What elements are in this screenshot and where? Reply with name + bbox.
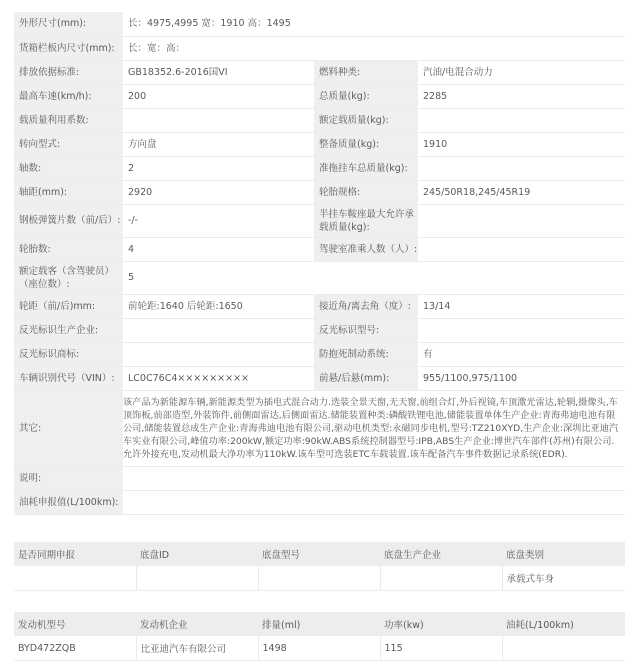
spec-value: 200 bbox=[123, 84, 314, 108]
spec-label: 最高车速(km/h): bbox=[14, 84, 123, 108]
spec-value: GB18352.6-2016国VI bbox=[123, 60, 314, 84]
table-row: 承载式车身 bbox=[14, 566, 625, 591]
spec-label: 防抱死制动系统: bbox=[314, 342, 418, 366]
table-cell: 1498 bbox=[258, 636, 380, 661]
spec-label: 油耗申报值(L/100km): bbox=[14, 490, 123, 514]
spec-label: 轴数: bbox=[14, 156, 123, 180]
spec-value bbox=[418, 204, 625, 237]
spec-label: 总质量(kg): bbox=[314, 84, 418, 108]
spec-row: 轮距（前/后)mm: 前轮距:1640 后轮距:1650 接近角/离去角（度）:… bbox=[14, 294, 625, 318]
table-cell bbox=[502, 636, 625, 661]
vehicle-spec-table: 外形尺寸(mm): 长：4975,4995 宽：1910 高：1495 货箱栏板… bbox=[14, 12, 625, 515]
spec-value bbox=[123, 108, 314, 132]
spec-label: 反光标识型号: bbox=[314, 318, 418, 342]
spec-value: -/- bbox=[123, 204, 314, 237]
table-cell: 承载式车身 bbox=[502, 566, 625, 591]
spec-value: 13/14 bbox=[418, 294, 625, 318]
spec-value bbox=[418, 318, 625, 342]
spec-value: LC0C76C4××××××××× bbox=[123, 366, 314, 390]
spec-row: 反光标识商标: 防抱死制动系统: 有 bbox=[14, 342, 625, 366]
spec-row: 车辆识别代号（VIN）: LC0C76C4××××××××× 前悬/后悬(mm)… bbox=[14, 366, 625, 390]
spec-value: 2 bbox=[123, 156, 314, 180]
table-cell bbox=[380, 566, 502, 591]
spec-row-other: 其它: 该产品为新能源车辆,新能源类型为插电式混合动力.选装全景天窗,无天窗,前… bbox=[14, 390, 625, 466]
spec-value bbox=[123, 490, 625, 514]
spec-label: 排放依据标准: bbox=[14, 60, 123, 84]
spec-value bbox=[418, 237, 625, 261]
table-cell bbox=[136, 566, 258, 591]
spec-label: 转向型式: bbox=[14, 132, 123, 156]
column-header: 发动机企业 bbox=[136, 612, 258, 636]
spec-row: 转向型式: 方向盘 整备质量(kg): 1910 bbox=[14, 132, 625, 156]
spec-label: 轮距（前/后)mm: bbox=[14, 294, 123, 318]
spec-value bbox=[123, 466, 625, 490]
spec-label: 驾驶室准乘人数（人）: bbox=[314, 237, 418, 261]
spec-row: 反光标识生产企业: 反光标识型号: bbox=[14, 318, 625, 342]
spec-row-notes: 说明: bbox=[14, 466, 625, 490]
spec-row-dimensions: 外形尺寸(mm): 长：4975,4995 宽：1910 高：1495 bbox=[14, 12, 625, 36]
spec-row: 轴距(mm): 2920 轮胎规格: 245/50R18,245/45R19 bbox=[14, 180, 625, 204]
table-cell: BYD472ZQB bbox=[14, 636, 136, 661]
table-row: BYD472ZQB 比亚迪汽车有限公司 1498 115 bbox=[14, 636, 625, 661]
spec-value: 5 bbox=[123, 261, 625, 294]
spec-label: 轮胎规格: bbox=[314, 180, 418, 204]
spec-value bbox=[418, 108, 625, 132]
spec-label: 额定载客（含驾驶员）（座位数）: bbox=[14, 261, 123, 294]
column-header: 底盘生产企业 bbox=[380, 542, 502, 566]
spec-value: 245/50R18,245/45R19 bbox=[418, 180, 625, 204]
spec-label: 前悬/后悬(mm): bbox=[314, 366, 418, 390]
spec-value: 2285 bbox=[418, 84, 625, 108]
spec-label: 额定载质量(kg): bbox=[314, 108, 418, 132]
chassis-table: 是否同期申报 底盘ID 底盘型号 底盘生产企业 底盘类别 承载式车身 bbox=[14, 542, 625, 591]
spec-label: 准拖挂车总质量(kg): bbox=[314, 156, 418, 180]
spec-row-rated-passengers: 额定载客（含驾驶员）（座位数）: 5 bbox=[14, 261, 625, 294]
spec-label: 车辆识别代号（VIN）: bbox=[14, 366, 123, 390]
spec-label: 钢板弹簧片数（前/后）: bbox=[14, 204, 123, 237]
spec-row-cargo-box: 货箱栏板内尺寸(mm): 长：宽：高： bbox=[14, 36, 625, 60]
spec-value: 长：宽：高： bbox=[123, 36, 625, 60]
spec-value: 1910 bbox=[418, 132, 625, 156]
spec-label: 反光标识生产企业: bbox=[14, 318, 123, 342]
spec-value: 2920 bbox=[123, 180, 314, 204]
spec-value: 955/1100,975/1100 bbox=[418, 366, 625, 390]
table-cell: 比亚迪汽车有限公司 bbox=[136, 636, 258, 661]
column-header: 是否同期申报 bbox=[14, 542, 136, 566]
spec-row: 排放依据标准: GB18352.6-2016国VI 燃料种类: 汽油/电混合动力 bbox=[14, 60, 625, 84]
spec-value: 有 bbox=[418, 342, 625, 366]
spec-label: 半挂车鞍座最大允许承载质量(kg): bbox=[314, 204, 418, 237]
column-header: 排量(ml) bbox=[258, 612, 380, 636]
column-header: 底盘型号 bbox=[258, 542, 380, 566]
spec-label: 载质量利用系数: bbox=[14, 108, 123, 132]
spec-row: 轮胎数: 4 驾驶室准乘人数（人）: bbox=[14, 237, 625, 261]
spec-label: 反光标识商标: bbox=[14, 342, 123, 366]
spec-label: 外形尺寸(mm): bbox=[14, 12, 123, 36]
spec-value-other: 该产品为新能源车辆,新能源类型为插电式混合动力.选装全景天窗,无天窗,前组合灯,… bbox=[123, 390, 625, 466]
column-header: 发动机型号 bbox=[14, 612, 136, 636]
spec-row: 钢板弹簧片数（前/后）: -/- 半挂车鞍座最大允许承载质量(kg): bbox=[14, 204, 625, 237]
spec-label: 轮胎数: bbox=[14, 237, 123, 261]
spec-label: 其它: bbox=[14, 390, 123, 466]
spec-value: 长：4975,4995 宽：1910 高：1495 bbox=[123, 12, 625, 36]
column-header: 底盘类别 bbox=[502, 542, 625, 566]
spec-row: 载质量利用系数: 额定载质量(kg): bbox=[14, 108, 625, 132]
table-cell bbox=[258, 566, 380, 591]
spec-value bbox=[418, 156, 625, 180]
spec-value bbox=[123, 342, 314, 366]
spec-label: 货箱栏板内尺寸(mm): bbox=[14, 36, 123, 60]
spec-row-fuel-declared: 油耗申报值(L/100km): bbox=[14, 490, 625, 514]
spec-row: 轴数: 2 准拖挂车总质量(kg): bbox=[14, 156, 625, 180]
spec-value: 方向盘 bbox=[123, 132, 314, 156]
table-cell: 115 bbox=[380, 636, 502, 661]
column-header: 油耗(L/100km) bbox=[502, 612, 625, 636]
table-cell bbox=[14, 566, 136, 591]
spec-label: 整备质量(kg): bbox=[314, 132, 418, 156]
engine-header-row: 发动机型号 发动机企业 排量(ml) 功率(kw) 油耗(L/100km) bbox=[14, 612, 625, 636]
column-header: 功率(kw) bbox=[380, 612, 502, 636]
spec-label: 燃料种类: bbox=[314, 60, 418, 84]
spec-value bbox=[123, 318, 314, 342]
column-header: 底盘ID bbox=[136, 542, 258, 566]
spec-row: 最高车速(km/h): 200 总质量(kg): 2285 bbox=[14, 84, 625, 108]
spec-value: 4 bbox=[123, 237, 314, 261]
engine-table: 发动机型号 发动机企业 排量(ml) 功率(kw) 油耗(L/100km) BY… bbox=[14, 612, 625, 661]
spec-value: 前轮距:1640 后轮距:1650 bbox=[123, 294, 314, 318]
spec-label: 说明: bbox=[14, 466, 123, 490]
spec-value: 汽油/电混合动力 bbox=[418, 60, 625, 84]
spec-label: 接近角/离去角（度）: bbox=[314, 294, 418, 318]
chassis-header-row: 是否同期申报 底盘ID 底盘型号 底盘生产企业 底盘类别 bbox=[14, 542, 625, 566]
spec-label: 轴距(mm): bbox=[14, 180, 123, 204]
